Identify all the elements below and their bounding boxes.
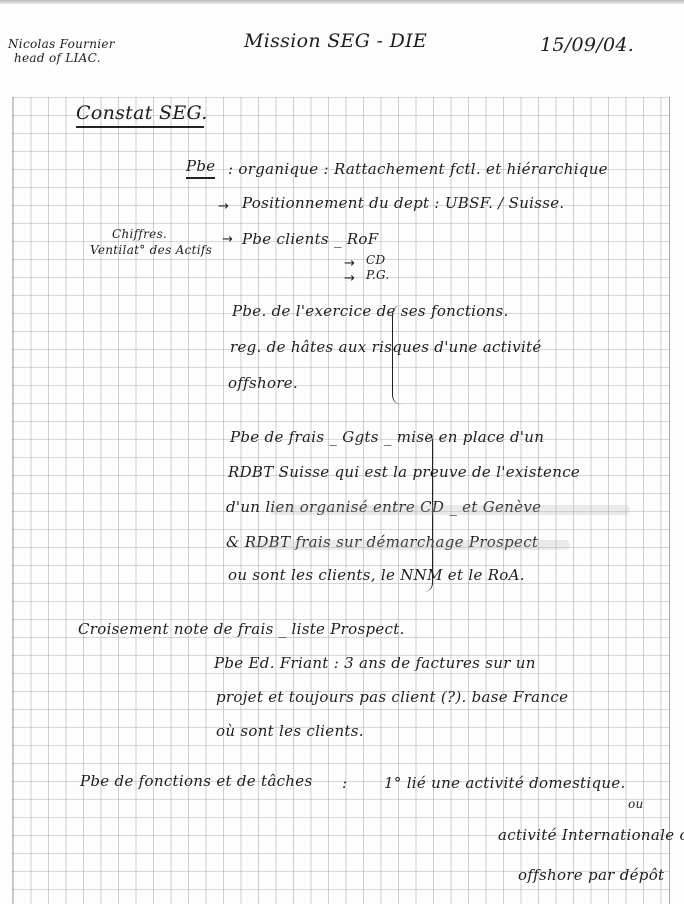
line-organique: : organique : Rattachement fctl. et hiér… — [228, 160, 608, 178]
highlight-smudge — [270, 505, 630, 515]
line-frais-2: RDBT Suisse qui est la preuve de l'exist… — [228, 463, 580, 481]
author-role: head of LIAC. — [14, 52, 101, 65]
highlight-smudge — [250, 540, 570, 550]
line-croisement: Croisement note de frais _ liste Prospec… — [78, 620, 405, 638]
line-clients-pg: P.G. — [366, 269, 390, 282]
arrow-icon: → — [218, 199, 229, 214]
line-frais-5: ou sont les clients, le NNM et le RoA. — [228, 566, 525, 584]
side-note-chiffres: Chiffres. — [112, 228, 167, 241]
line-clients: Pbe clients _ RoF — [242, 230, 378, 248]
line-positionnement: Positionnement du dept : UBSF. / Suisse. — [242, 194, 565, 212]
line-fonctions-ou: ou — [628, 798, 644, 811]
line-frais-1: Pbe de frais _ Ggts _ mise en place d'un — [230, 428, 544, 446]
line-fonctions-3: offshore par dépôt — [518, 866, 664, 884]
fonctions-colon: : — [342, 774, 347, 792]
side-note-ventilation: Ventilat° des Actifs — [90, 244, 212, 257]
arrow-icon: → — [344, 271, 355, 286]
pbe-label: Pbe — [186, 157, 215, 179]
line-fonctions-2: activité Internationale ou — [498, 826, 684, 844]
line-edfrant-2: projet et toujours pas client (?). base … — [216, 688, 568, 706]
line-exercice: Pbe. de l'exercice de ses fonctions. — [232, 302, 509, 320]
scan-edge — [0, 0, 684, 4]
line-fonctions: Pbe de fonctions et de tâches — [80, 772, 312, 790]
line-clients-cd: CD — [366, 254, 385, 267]
arrow-icon: → — [222, 232, 233, 247]
bracket-mark — [392, 305, 403, 405]
arrow-icon: → — [344, 256, 355, 271]
page-title: Mission SEG - DIE — [244, 30, 427, 52]
line-edfrant-1: Pbe Ed. Friant : 3 ans de factures sur u… — [214, 654, 536, 672]
line-risques: reg. de hâtes aux risques d'une activité — [230, 338, 542, 356]
author-name: Nicolas Fournier — [8, 38, 115, 51]
line-edfrant-3: où sont les clients. — [216, 722, 364, 740]
line-offshore: offshore. — [228, 374, 298, 392]
section-title: Constat SEG. — [76, 102, 204, 128]
document-date: 15/09/04. — [540, 34, 634, 56]
line-fonctions-1: 1° lié une activité domestique. — [384, 774, 626, 792]
